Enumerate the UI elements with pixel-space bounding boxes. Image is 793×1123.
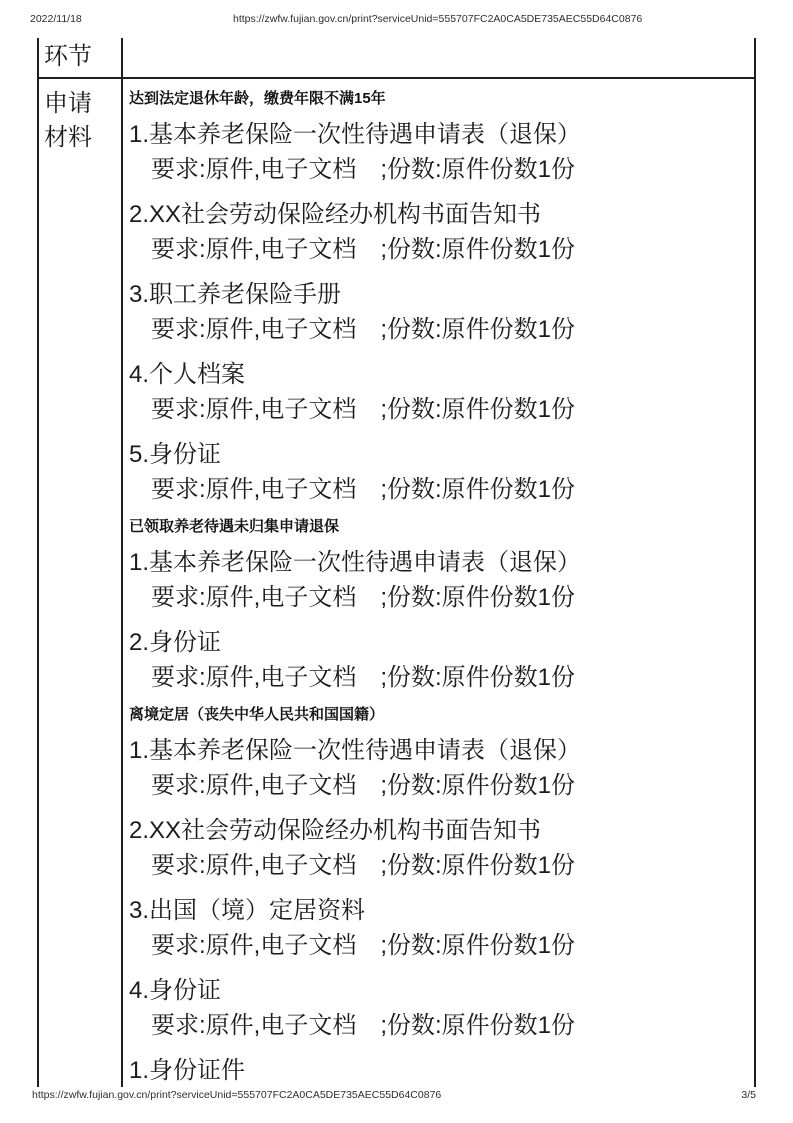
material-item: 1.基本养老保险一次性待遇申请表（退保） 要求:原件,电子文档 ;份数:原件份数… [129, 545, 746, 615]
materials-table: 环节 申请材料 达到法定退休年龄，缴费年限不满15年 1.基本养老保险一次性待遇… [37, 38, 756, 1087]
material-item-title: 2.XX社会劳动保险经办机构书面告知书 [129, 813, 746, 848]
row-label-application-materials: 申请材料 [39, 79, 123, 1087]
material-item-requirement: 要求:原件,电子文档 ;份数:原件份数1份 [129, 472, 746, 507]
section-heading: 离境定居（丧失中华人民共和国国籍） [129, 705, 746, 725]
section-heading: 已领取养老待遇未归集申请退保 [129, 517, 746, 537]
material-item-title: 4.个人档案 [129, 357, 746, 392]
material-section: 已领取养老待遇未归集申请退保 1.基本养老保险一次性待遇申请表（退保） 要求:原… [129, 517, 746, 695]
material-section: 离境定居（丧失中华人民共和国国籍） 1.基本养老保险一次性待遇申请表（退保） 要… [129, 705, 746, 1043]
page-indicator: 3/5 [741, 1089, 756, 1101]
material-item: 2.XX社会劳动保险经办机构书面告知书 要求:原件,电子文档 ;份数:原件份数1… [129, 197, 746, 267]
material-section: 达到法定退休年龄，缴费年限不满15年 1.基本养老保险一次性待遇申请表（退保） … [129, 89, 746, 507]
material-item-title: 4.身份证 [129, 973, 746, 1008]
material-item-requirement: 要求:原件,电子文档 ;份数:原件份数1份 [129, 928, 746, 963]
material-item-requirement: 要求:原件,电子文档 ;份数:原件份数1份 [129, 580, 746, 615]
material-item-title: 1.身份证件 [129, 1053, 746, 1087]
section-heading: 达到法定退休年龄，缴费年限不满15年 [129, 89, 746, 109]
material-item: 3.出国（境）定居资料 要求:原件,电子文档 ;份数:原件份数1份 [129, 893, 746, 963]
table-row-application-materials: 申请材料 达到法定退休年龄，缴费年限不满15年 1.基本养老保险一次性待遇申请表… [39, 79, 754, 1087]
table-row-huanjie: 环节 [39, 38, 754, 79]
material-item-title: 2.XX社会劳动保险经办机构书面告知书 [129, 197, 746, 232]
material-item-requirement: 要求:原件,电子文档 ;份数:原件份数1份 [129, 660, 746, 695]
print-footer: https://zwfw.fujian.gov.cn/print?service… [32, 1089, 756, 1104]
material-item-requirement: 要求:原件,电子文档 ;份数:原件份数1份 [129, 312, 746, 347]
print-date: 2022/11/18 [30, 13, 82, 25]
material-item: 4.个人档案 要求:原件,电子文档 ;份数:原件份数1份 [129, 357, 746, 427]
material-item-title: 1.基本养老保险一次性待遇申请表（退保） [129, 545, 746, 580]
material-item: 3.职工养老保险手册 要求:原件,电子文档 ;份数:原件份数1份 [129, 277, 746, 347]
material-item-requirement: 要求:原件,电子文档 ;份数:原件份数1份 [129, 392, 746, 427]
material-item-title: 2.身份证 [129, 625, 746, 660]
row-content-application-materials: 达到法定退休年龄，缴费年限不满15年 1.基本养老保险一次性待遇申请表（退保） … [123, 79, 754, 1087]
material-item: 4.身份证 要求:原件,电子文档 ;份数:原件份数1份 [129, 973, 746, 1043]
material-item-requirement: 要求:原件,电子文档 ;份数:原件份数1份 [129, 768, 746, 803]
material-item-requirement: 要求:原件,电子文档 ;份数:原件份数1份 [129, 232, 746, 267]
material-item-title: 1.基本养老保险一次性待遇申请表（退保） [129, 117, 746, 152]
material-item-requirement: 要求:原件,电子文档 ;份数:原件份数1份 [129, 152, 746, 187]
material-item: 5.身份证 要求:原件,电子文档 ;份数:原件份数1份 [129, 437, 746, 507]
print-header: 2022/11/18 https://zwfw.fujian.gov.cn/pr… [0, 13, 793, 28]
material-item-title: 3.出国（境）定居资料 [129, 893, 746, 928]
material-item-title: 5.身份证 [129, 437, 746, 472]
material-item-requirement: 要求:原件,电子文档 ;份数:原件份数1份 [129, 848, 746, 883]
material-item: 1.基本养老保险一次性待遇申请表（退保） 要求:原件,电子文档 ;份数:原件份数… [129, 117, 746, 187]
material-item: 2.身份证 要求:原件,电子文档 ;份数:原件份数1份 [129, 625, 746, 695]
print-header-url: https://zwfw.fujian.gov.cn/print?service… [233, 13, 642, 25]
material-item: 1.基本养老保险一次性待遇申请表（退保） 要求:原件,电子文档 ;份数:原件份数… [129, 733, 746, 803]
material-item-requirement: 要求:原件,电子文档 ;份数:原件份数1份 [129, 1008, 746, 1043]
material-item: 2.XX社会劳动保险经办机构书面告知书 要求:原件,电子文档 ;份数:原件份数1… [129, 813, 746, 883]
material-item: 1.身份证件 [129, 1053, 746, 1087]
material-item-title: 1.基本养老保险一次性待遇申请表（退保） [129, 733, 746, 768]
row-content-huanjie [123, 38, 754, 77]
print-footer-url: https://zwfw.fujian.gov.cn/print?service… [32, 1089, 441, 1101]
material-item-title: 3.职工养老保险手册 [129, 277, 746, 312]
row-label-huanjie: 环节 [39, 38, 123, 77]
print-page: 2022/11/18 https://zwfw.fujian.gov.cn/pr… [0, 0, 793, 1123]
